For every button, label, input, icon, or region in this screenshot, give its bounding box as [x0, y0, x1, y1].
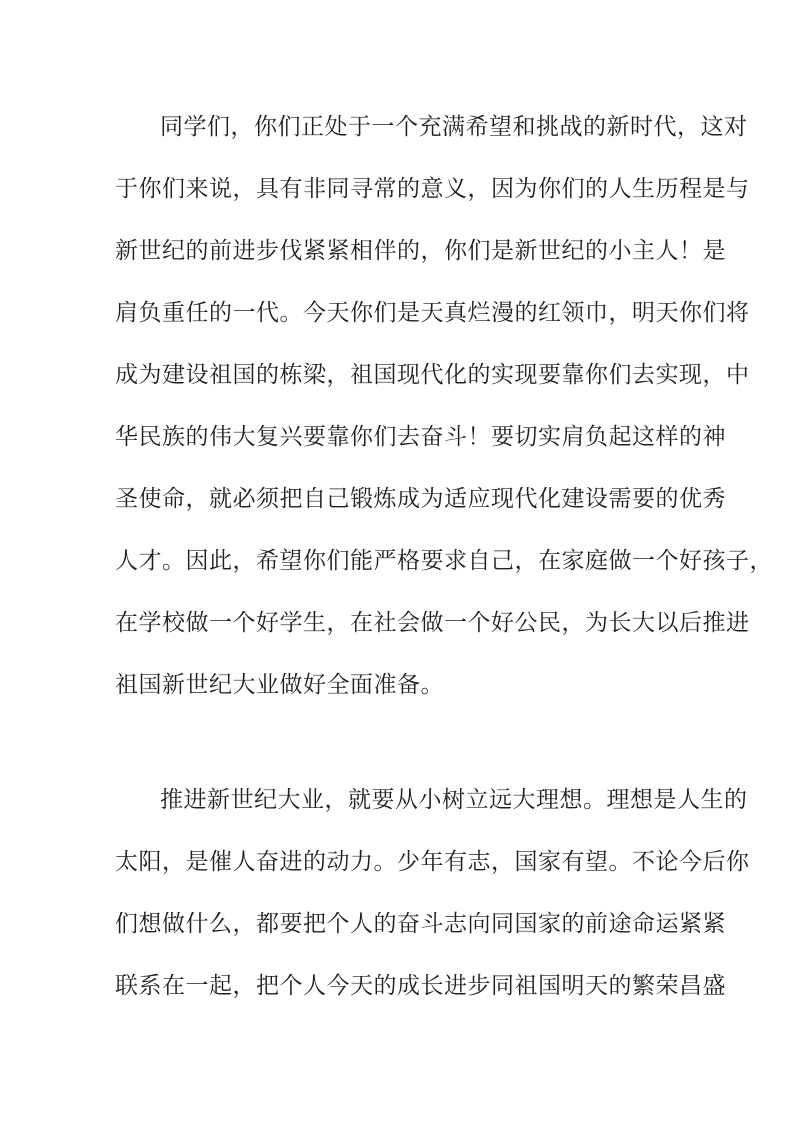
text-line: 同学们，你们正处于一个充满希望和挑战的新时代，这对: [115, 96, 733, 158]
text-line: 人才。因此，希望你们能严格要求自己，在家庭做一个好孩子，: [115, 530, 733, 592]
paragraph-1: 同学们，你们正处于一个充满希望和挑战的新时代，这对 于你们来说，具有非同寻常的意…: [115, 96, 733, 716]
text-line: 华民族的伟大复兴要靠你们去奋斗！要切实肩负起这样的神: [115, 406, 733, 468]
text-line: 成为建设祖国的栋梁，祖国现代化的实现要靠你们去实现，中: [115, 344, 733, 406]
paragraph-2: 推进新世纪大业，就要从小树立远大理想。理想是人生的 太阳，是催人奋进的动力。少年…: [115, 769, 733, 1017]
text-line: 圣使命，就必须把自己锻炼成为适应现代化建设需要的优秀: [115, 468, 733, 530]
text-line: 太阳，是催人奋进的动力。少年有志，国家有望。不论今后你: [115, 831, 733, 893]
text-line: 推进新世纪大业，就要从小树立远大理想。理想是人生的: [115, 769, 733, 831]
text-line: 在学校做一个好学生，在社会做一个好公民，为长大以后推进: [115, 592, 733, 654]
text-line: 于你们来说，具有非同寻常的意义，因为你们的人生历程是与: [115, 158, 733, 220]
text-line: 肩负重任的一代。今天你们是天真烂漫的红领巾，明天你们将: [115, 282, 733, 344]
document-page: 同学们，你们正处于一个充满希望和挑战的新时代，这对 于你们来说，具有非同寻常的意…: [0, 0, 793, 1122]
text-line: 联系在一起，把个人今天的成长进步同祖国明天的繁荣昌盛: [115, 955, 733, 1017]
text-line: 们想做什么，都要把个人的奋斗志向同国家的前途命运紧紧: [115, 893, 733, 955]
text-line: 新世纪的前进步伐紧紧相伴的，你们是新世纪的小主人！是: [115, 220, 733, 282]
text-line: 祖国新世纪大业做好全面准备。: [115, 654, 733, 716]
